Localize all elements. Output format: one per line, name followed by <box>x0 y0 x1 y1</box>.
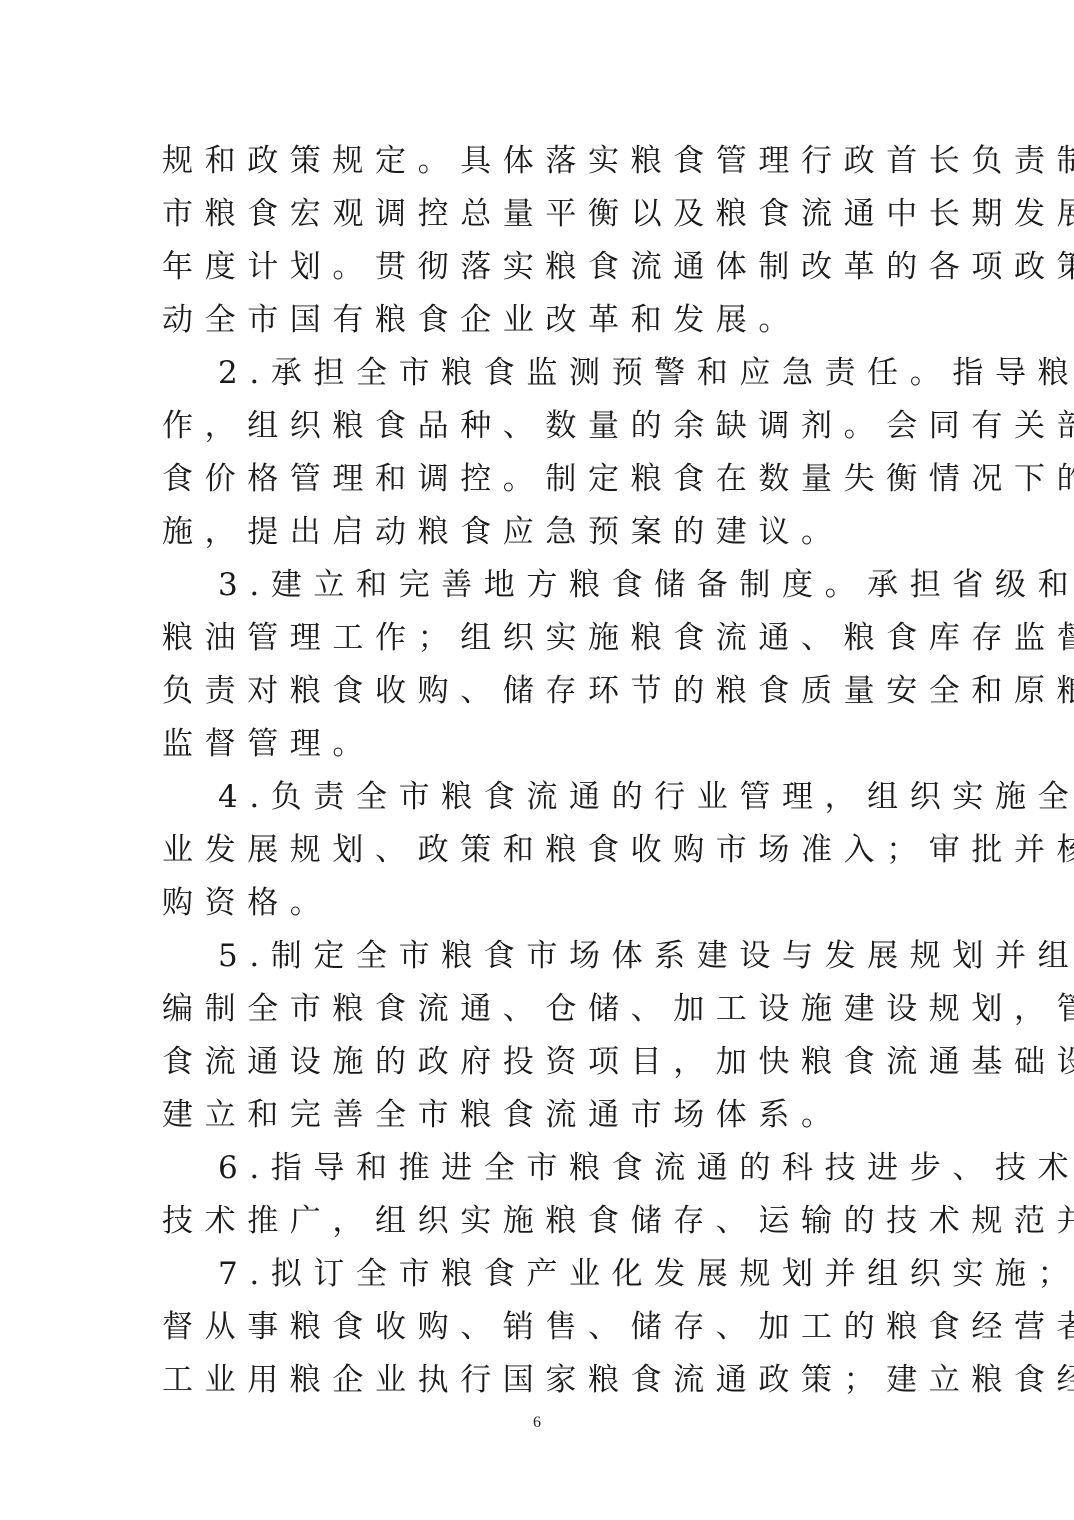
text-line: 7.拟订全市粮食产业化发展规划并组织实施；指导和监 <box>218 1248 970 1301</box>
text-line: 食流通设施的政府投资项目，加快粮食流通基础设施建设， <box>162 1036 914 1089</box>
page-number: 6 <box>0 1414 1074 1432</box>
text-line: 规和政策规定。具体落实粮食管理行政首长负责制。制定全 <box>162 135 914 188</box>
text-line: 年度计划。贯彻落实粮食流通体制改革的各项政策措施，推 <box>162 241 914 294</box>
text-line: 市粮食宏观调控总量平衡以及粮食流通中长期发展规划和 <box>162 188 914 241</box>
text-line: 作，组织粮食品种、数量的余缺调剂。会同有关部门搞好粮 <box>162 400 914 453</box>
text-line: 业发展规划、政策和粮食收购市场准入；审批并核查粮食收 <box>162 824 914 877</box>
text-line: 粮油管理工作；组织实施粮食流通、粮食库存监督检查制度； <box>162 612 914 665</box>
text-line: 3.建立和完善地方粮食储备制度。承担省级和地方储备 <box>218 559 970 612</box>
document-page: 规和政策规定。具体落实粮食管理行政首长负责制。制定全 市粮食宏观调控总量平衡以及… <box>0 0 1074 1520</box>
text-line: 技术推广，组织实施粮食储存、运输的技术规范并监督执行。 <box>162 1195 914 1248</box>
text-line: 动全市国有粮食企业改革和发展。 <box>162 294 914 347</box>
text-line: 6.指导和推进全市粮食流通的科技进步、技术改造和新 <box>218 1142 970 1195</box>
text-line: 建立和完善全市粮食流通市场体系。 <box>162 1089 914 1142</box>
text-line: 4.负责全市粮食流通的行业管理，组织实施全市粮食行 <box>218 771 970 824</box>
text-line: 监督管理。 <box>162 718 914 771</box>
text-line: 编制全市粮食流通、仓储、加工设施建设规划，管理有关粮 <box>162 983 914 1036</box>
text-line: 督从事粮食收购、销售、储存、加工的粮食经营者以及饲料、 <box>162 1301 914 1354</box>
text-line: 负责对粮食收购、储存环节的粮食质量安全和原粮卫生进行 <box>162 665 914 718</box>
text-line: 食价格管理和调控。制定粮食在数量失衡情况下的应急措 <box>162 453 914 506</box>
text-line: 工业用粮企业执行国家粮食流通政策；建立粮食经营台账， <box>162 1354 914 1407</box>
text-line: 购资格。 <box>162 877 914 930</box>
text-line: 2.承担全市粮食监测预警和应急责任。指导粮食产销合 <box>218 347 970 400</box>
text-line: 5.制定全市粮食市场体系建设与发展规划并组织实施； <box>218 930 970 983</box>
text-line: 施，提出启动粮食应急预案的建议。 <box>162 506 914 559</box>
